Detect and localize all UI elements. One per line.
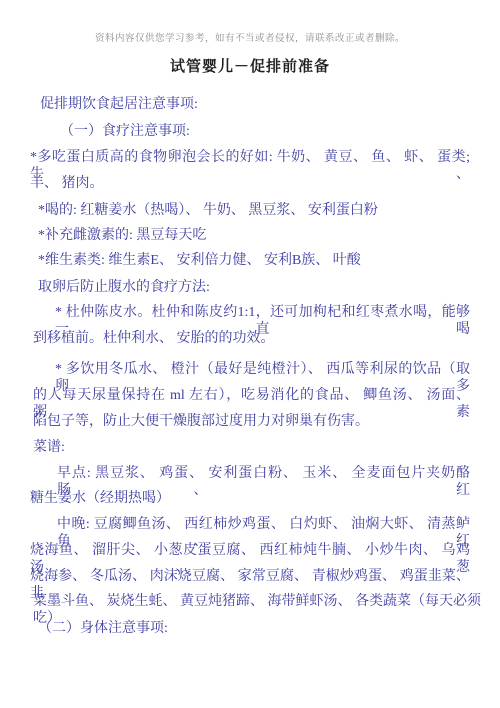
document-line: *喝的: 红糖姜水（热喝）、 牛奶、 黑豆浆、 安利蛋白粉 <box>38 202 378 219</box>
subsection-heading: （一）食疗注意事项: <box>60 123 190 140</box>
section-heading: 取卵后防止腹水的食疗方法: <box>38 279 210 296</box>
document-page: 资料内容仅供您学习参考，如有不当或者侵权，请联系改正或者删除。 试管婴儿－促排前… <box>0 0 500 708</box>
document-line: 糖生姜水（经期热喝） <box>30 490 170 507</box>
section-heading: 促排期饮食起居注意事项: <box>40 96 198 113</box>
document-line: 陷包子等，防止大便干燥腹部过度用力对卵巢有伤害。 <box>33 413 369 430</box>
document-title: 试管婴儿－促排前准备 <box>0 55 500 76</box>
section-heading: 菜谱: <box>33 439 65 456</box>
document-line: 到移植前。杜仲利水、 安胎的的功效。 <box>33 330 275 347</box>
subsection-heading: （二）身体注意事项: <box>38 620 168 637</box>
disclaimer-text: 资料内容仅供您学习参考，如有不当或者侵权，请联系改正或者删除。 <box>0 30 500 44</box>
document-line: 羊、 猪肉。 <box>30 175 104 192</box>
document-line: *维生素类: 维生素E、 安利倍力健、 安利B族、 叶酸 <box>38 252 361 269</box>
document-line: *补充雌激素的: 黑豆每天吃 <box>38 227 206 244</box>
